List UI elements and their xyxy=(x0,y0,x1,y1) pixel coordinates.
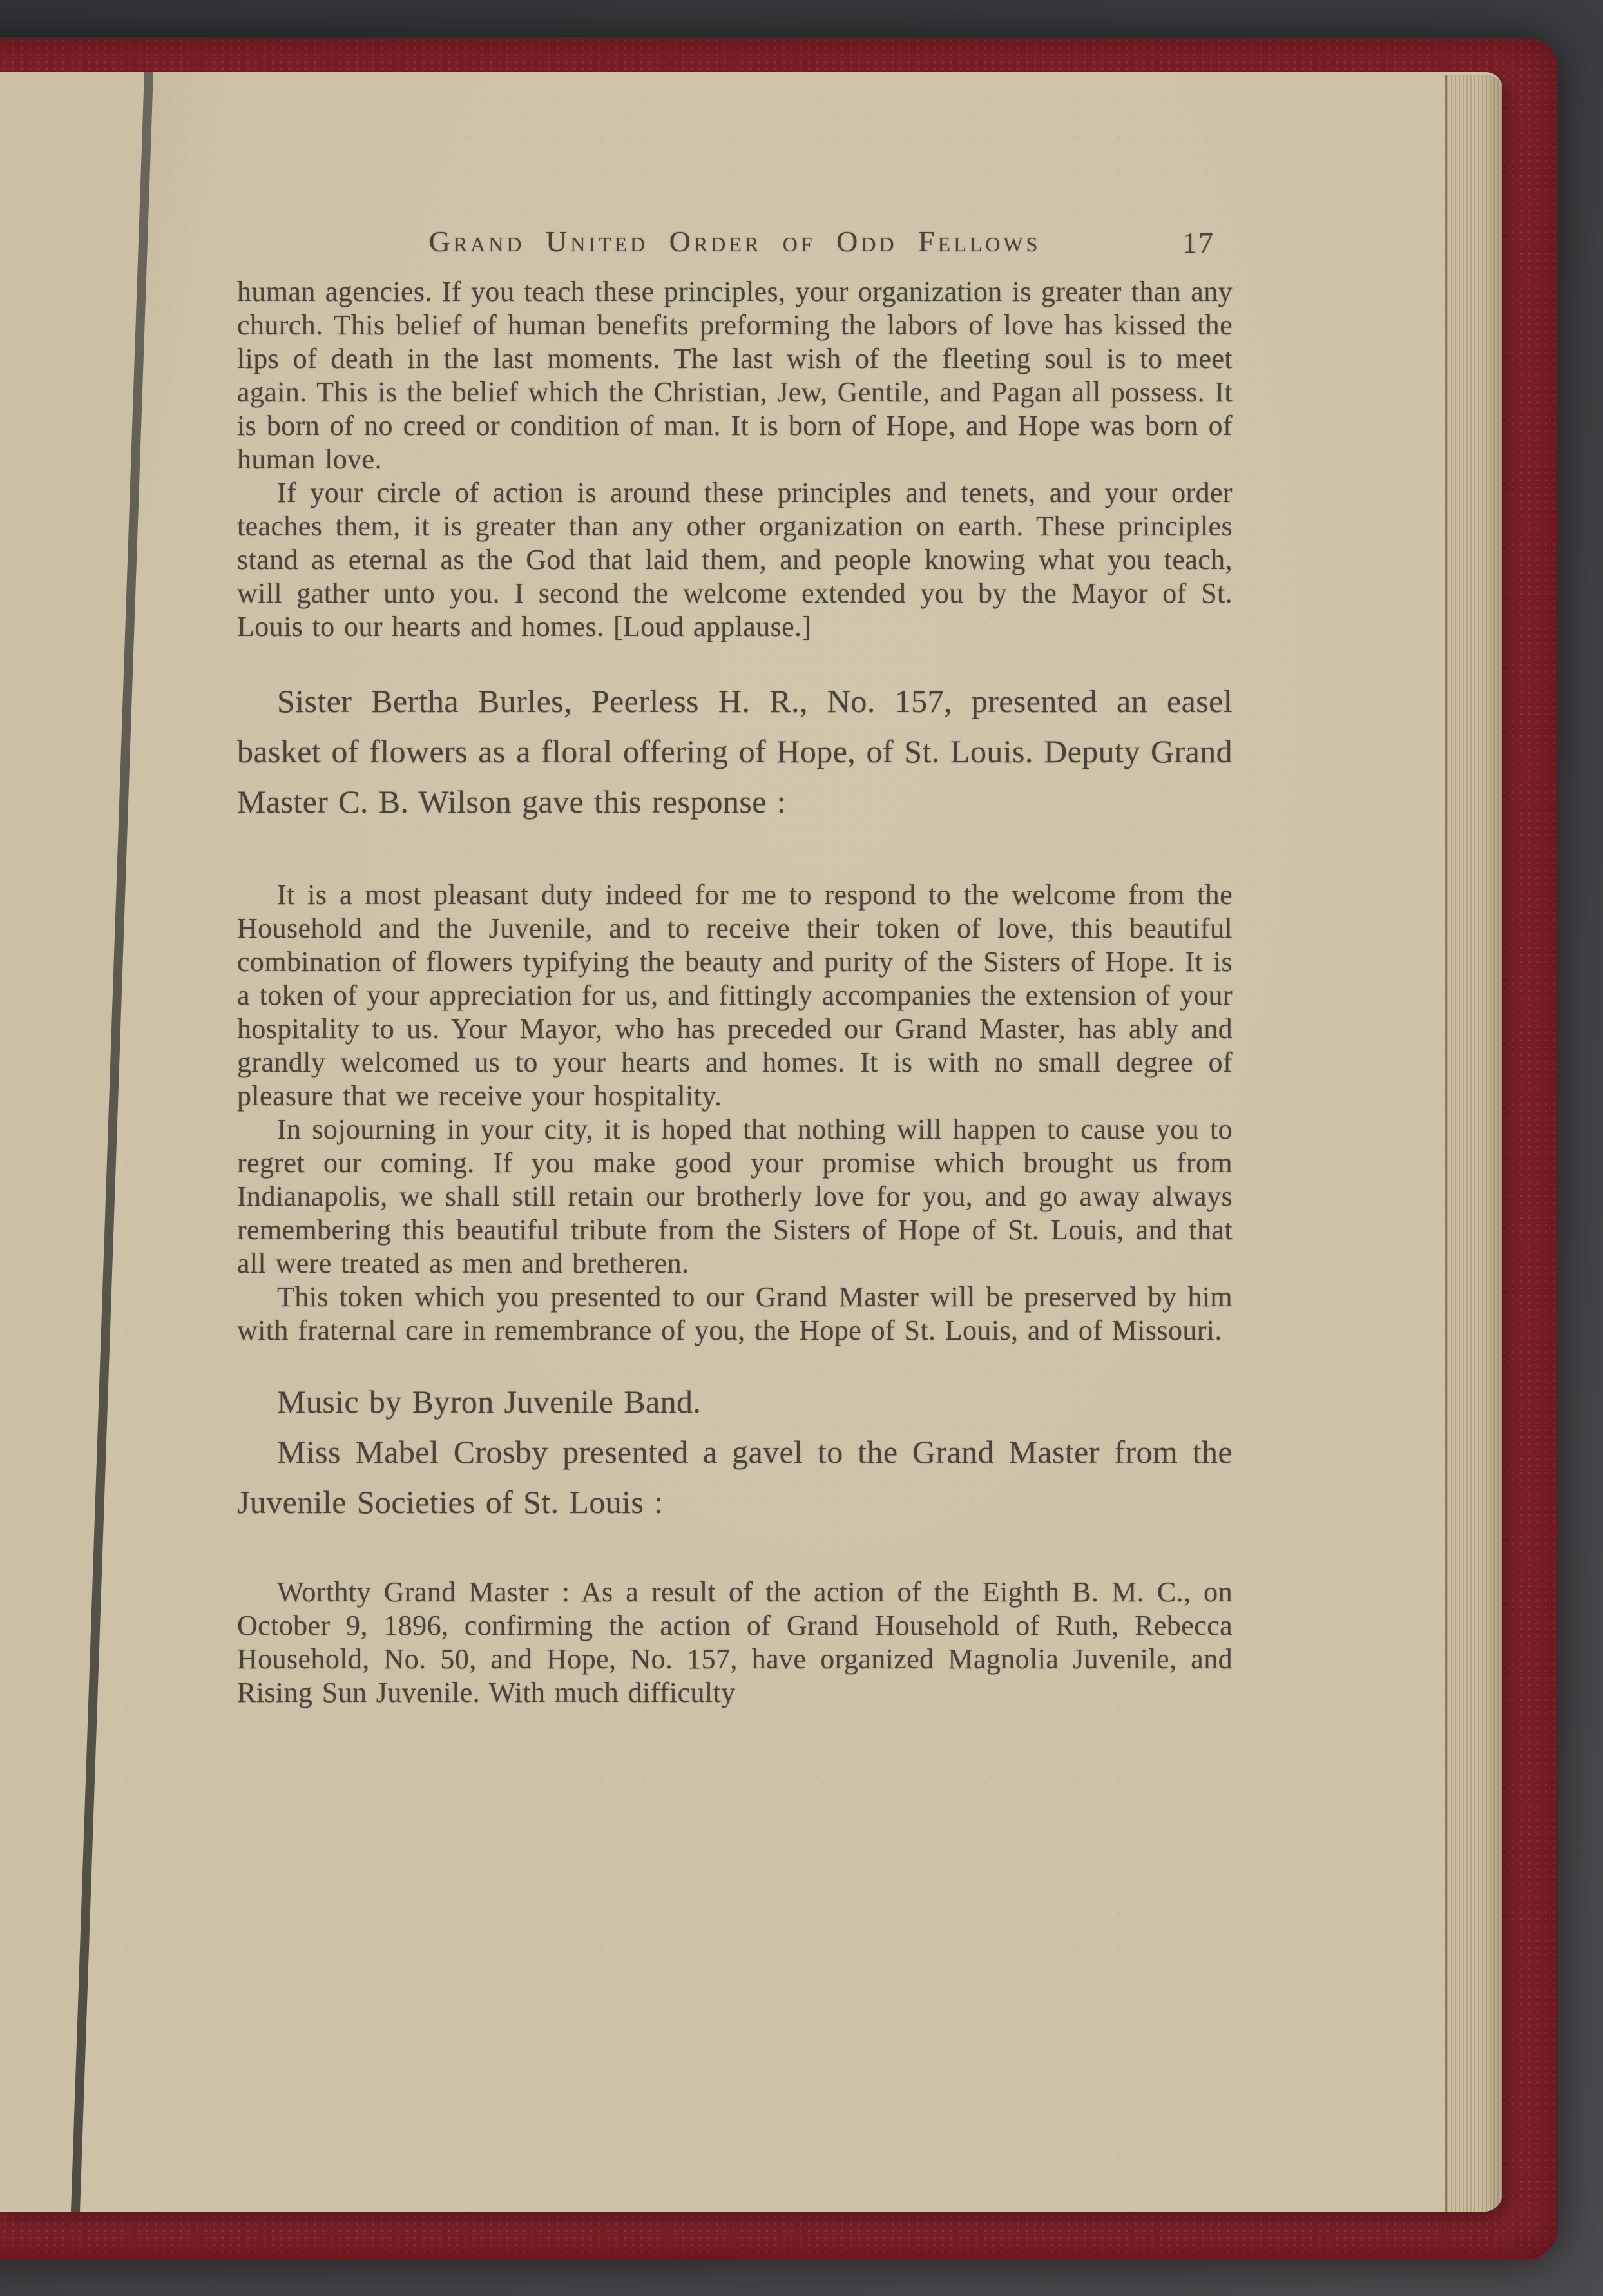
paragraph-continuation: human agencies. If you teach these princ… xyxy=(237,275,1233,476)
paragraph-crosby-presentation: Miss Mabel Crosby presented a gavel to t… xyxy=(237,1427,1233,1527)
paragraph-gavel-speech: Worthty Grand Master : As a result of th… xyxy=(237,1576,1233,1710)
running-header: Grand United Order of Odd Fellows 17 xyxy=(237,224,1233,258)
header-title: Grand United Order of Odd Fellows xyxy=(429,225,1041,258)
book-page: Grand United Order of Odd Fellows 17 hum… xyxy=(0,72,1502,2212)
scan-background: Grand United Order of Odd Fellows 17 hum… xyxy=(0,0,1603,2296)
page-number: 17 xyxy=(1182,226,1214,260)
paragraph-burles-presentation: Sister Bertha Burles, Peerless H. R., No… xyxy=(237,676,1233,827)
text-block: human agencies. If you teach these princ… xyxy=(237,275,1233,1710)
paragraph-music-line: Music by Byron Juvenile Band. xyxy=(237,1376,1233,1427)
paragraph-response-second: In sojourning in your city, it is hoped … xyxy=(237,1113,1233,1280)
paragraph-response-third: This token which you presented to our Gr… xyxy=(237,1280,1233,1347)
paragraph-response-first: It is a most pleasant duty indeed for me… xyxy=(237,878,1233,1113)
paragraph-welcome-second: If your circle of action is around these… xyxy=(237,476,1233,644)
fore-edge-page-stack xyxy=(1445,75,1502,2212)
